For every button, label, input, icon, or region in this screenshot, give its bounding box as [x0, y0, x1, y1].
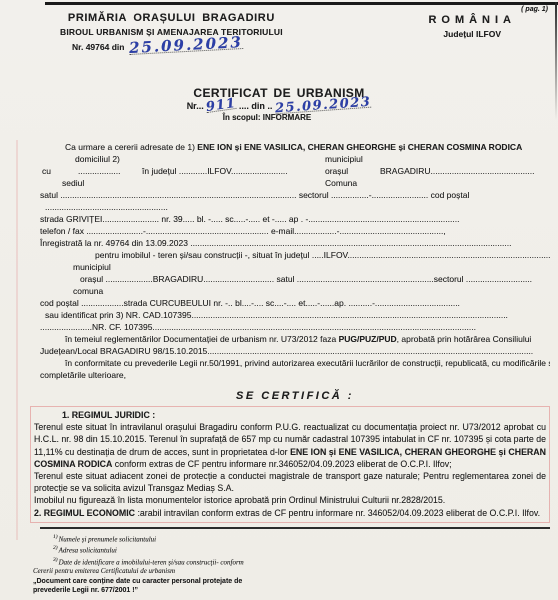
property-orasul-line: orașul ....................BRAGADIRU....…: [40, 273, 550, 285]
juridic-regime-title: 1. REGIMUL JURIDIC :: [34, 409, 546, 421]
legal-basis-line-2: Județean/Local BRAGADIRU 98/15.10.2015..…: [40, 345, 550, 357]
economic-regime-title: 2. REGIMUL ECONOMIC: [34, 508, 135, 518]
orasul-value: BRAGADIRU...............................…: [380, 165, 534, 177]
law-reference-line-1: în conformitate cu prevederile Legii nr.…: [40, 357, 550, 369]
domicile-row-mid: cu .................. în județul .......…: [40, 165, 550, 177]
domicile-row-bottom: sediul Comuna: [40, 177, 550, 189]
property-intro-line: pentru imobilul - teren și/sau construcț…: [40, 249, 550, 261]
certify-section: 1. REGIMUL JURIDIC : Terenul este situat…: [30, 406, 550, 523]
registered-at-line: Înregistrată la nr. 49764 din 13.09.2023…: [40, 237, 550, 249]
footnote-3-text: Date de identificare a imobilului-teren …: [59, 558, 244, 566]
footnote-1: 1)Numele și prenumele solicitantului: [33, 533, 550, 545]
pug-puz-pud: PUG/PUZ/PUD: [339, 334, 397, 344]
document-body: Ca urmare a cererii adresate de 1) ENE I…: [40, 141, 550, 595]
country-block: ROMÂNIA Județul ILFOV: [428, 12, 516, 52]
authority-name: PRIMĂRIA ORAȘULUI BRAGADIRU: [60, 12, 283, 24]
privacy-notice-line-1: „Document care conține date cu caracter …: [33, 577, 550, 586]
comuna-option: Comuna: [325, 177, 357, 189]
footnote-3-continuation: Cererii pentru emiterea Certificatului d…: [33, 567, 550, 576]
footnotes-block: 1)Numele și prenumele solicitantului 2)A…: [33, 533, 550, 595]
land-book-number-line: ......................NR. CF. 107395....…: [40, 321, 550, 333]
dotted-filler-line: ........................................…: [40, 201, 550, 213]
property-cod-postal-line: cod poștal ..................strada CURC…: [40, 297, 550, 309]
footnote-2-marker: 2): [53, 545, 58, 551]
footnote-3-marker: 3): [53, 557, 58, 563]
certify-heading: SE CERTIFICĂ :: [40, 390, 550, 402]
footnote-2: 2)Adresa solicitantului: [33, 544, 550, 556]
law-reference-line-2: completările ulterioare,: [40, 369, 550, 381]
domicile-row-top: domiciliul 2) municipiul: [40, 153, 550, 165]
handwritten-certificate-number: 911: [206, 99, 237, 113]
footnote-3: 3)Date de identificare a imobilului-tere…: [33, 556, 550, 568]
certificate-number-line: Nr... 911 .... din .. 25.09.2023: [0, 101, 558, 111]
office-name: BIROUL URBANISM ȘI AMENAJAREA TERITORIUL…: [60, 27, 283, 37]
registration-line: Nr. 49764 din 25.09.2023: [72, 39, 283, 52]
document-title: CERTIFICAT DE URBANISM: [0, 86, 558, 100]
cu-label: cu: [42, 165, 51, 177]
telefon-field-line: telefon / fax ........................-.…: [40, 225, 550, 237]
footnote-2-text: Adresa solicitantului: [59, 547, 117, 555]
footnote-1-text: Numele și prenumele solicitantului: [59, 535, 157, 543]
strada-field-line: strada GRIVIȚEI........................ …: [40, 213, 550, 225]
certificate-nr-separator: .... din ..: [239, 101, 273, 111]
footnote-separator-rule: [40, 527, 550, 529]
applicant-names: ENE ION și ENE VASILICA, CHERAN GHEORGHE…: [197, 142, 522, 152]
county-field: în județul ............ILFOV............…: [142, 165, 288, 177]
issuer-block: PRIMĂRIA ORAȘULUI BRAGADIRU BIROUL URBAN…: [60, 12, 283, 52]
economic-regime-text: :arabil intravilan conform extras de CF …: [135, 508, 540, 518]
legal-basis-prefix: în temeiul reglementărilor Documentației…: [65, 334, 339, 344]
handwritten-certificate-date: 25.09.2023: [275, 98, 372, 115]
footnote-1-marker: 1): [53, 534, 58, 540]
orasul-option: orașul: [325, 165, 348, 177]
request-intro-text: Ca urmare a cererii adresate de 1): [65, 142, 197, 152]
request-intro-line: Ca urmare a cererii adresate de 1) ENE I…: [40, 141, 550, 153]
sediul-label: sediul: [62, 177, 84, 189]
cu-dotted-field: ..................: [78, 165, 121, 177]
county-name: Județul ILFOV: [428, 29, 516, 39]
handwritten-registration-date: 25.09.2023: [129, 36, 243, 55]
country-name: ROMÂNIA: [428, 14, 516, 26]
economic-regime-line: 2. REGIMUL ECONOMIC :arabil intravilan c…: [34, 507, 546, 519]
legal-basis-line-1: în temeiul reglementărilor Documentației…: [40, 333, 550, 345]
purpose-line: În scopul: INFORMARE: [0, 113, 546, 122]
juridic-regime-paragraph-1: Terenul este situat în intravilanul oraș…: [34, 421, 546, 470]
juridic-text-2: conform extras de CF pentru informare nr…: [112, 459, 451, 469]
municipiul-option: municipiul: [325, 153, 363, 165]
privacy-notice-line-2: prevederile Legii nr. 677/2001 !”: [33, 586, 550, 595]
registration-number-prefix: Nr. 49764 din: [72, 42, 124, 52]
domicile-label: domiciliul 2): [75, 153, 120, 165]
title-block: CERTIFICAT DE URBANISM Nr... 911 .... di…: [0, 86, 558, 122]
cadastral-number-line: sau identificat prin 3) NR. CAD.107395..…: [40, 309, 550, 321]
top-border-rule: [45, 2, 558, 5]
legal-basis-suffix: , aprobată prin hotărârea Consiliului: [397, 334, 532, 344]
document-header: PRIMĂRIA ORAȘULUI BRAGADIRU BIROUL URBAN…: [0, 12, 558, 52]
property-municipiul-option: municipiul: [40, 261, 550, 273]
satul-field-line: satul ..................................…: [40, 189, 550, 201]
juridic-regime-paragraph-3: Imobilul nu figurează în lista monumente…: [34, 494, 546, 506]
scan-artifact-line: [16, 140, 18, 540]
scanned-document-page: ( pag. 1) PRIMĂRIA ORAȘULUI BRAGADIRU BI…: [0, 0, 558, 600]
certificate-nr-prefix: Nr...: [187, 101, 204, 111]
property-comuna-option: comuna: [40, 285, 550, 297]
juridic-regime-paragraph-2: Terenul este situat adiacent zonei de pr…: [34, 470, 546, 494]
